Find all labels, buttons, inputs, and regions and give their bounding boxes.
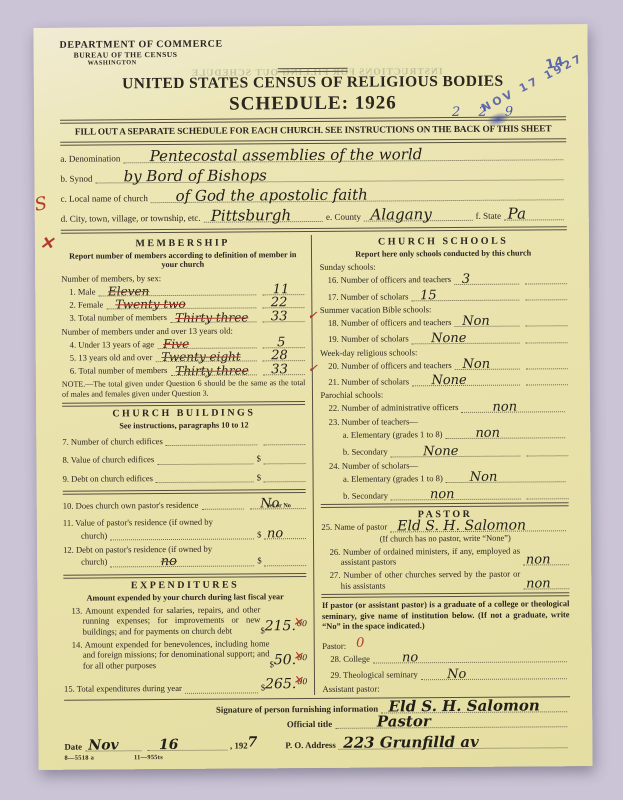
form-columns: MEMBERSHIP Report number of members acco… [61,233,570,697]
q6-label: Total number of members [78,365,167,376]
official-title-row: Official title Pastor [64,717,570,731]
membership-note: NOTE.—The total given under Question 6 s… [62,378,306,400]
q24b-label: b. Secondary [343,491,388,502]
po-address-value: 223 Grunfilld av [343,735,479,751]
q23b-row: b. Secondary None [321,445,569,457]
q15-label: 15. Total expenditures during year [64,683,182,694]
q24-row: 24. Number of scholars— [321,459,569,471]
q28-label: 28. College [330,654,370,665]
county-label: e. County [326,212,361,222]
q8-field [157,455,254,465]
q22-value: non [492,400,517,413]
q9-answer [264,473,306,482]
q29-label: 29. Theological seminary [330,670,418,681]
graduate-note: If pastor (or assistant pastor) is a gra… [322,599,570,632]
q4-number: 4. [70,339,77,349]
q28-value: no [402,652,418,665]
q13-amount: $ 215. 00✕ [260,618,307,635]
q5-field: Twenty eight [155,353,257,363]
q13-value: 215. [265,618,296,635]
date-label: Date [64,742,82,752]
q6-field: Thirty three [170,366,257,376]
q16-field: 3 [454,275,519,284]
q24b-answer [527,491,569,500]
q10-hint: Yes or No [250,502,306,510]
q12-answer [265,557,307,566]
q21-field: None [412,377,520,387]
q28-field: no [373,654,567,664]
synod-field: by Bord of Bishops [95,171,563,183]
q24b-row: b. Secondary non [321,489,569,501]
q1-number: 1. [69,286,76,296]
q12-label-1: 12. Debt on pastor's residence (if owned… [63,544,212,555]
date-month-field: Nov [85,742,141,751]
sunday-schools-group: Sunday schools: [320,261,568,273]
q9-field [156,473,254,483]
official-title-field: Pastor [335,718,567,729]
local-name-row: c. Local name of church of God the apost… [61,190,567,204]
q4-word: Five [163,338,189,350]
expenditures-subtitle: Amount expended by your church during la… [67,592,303,603]
red-margin-mark: S [33,193,48,216]
q19-field: None [412,334,520,344]
q1-word: Eleven [108,285,149,297]
q1-row: 1. Male Eleven 11 [61,285,305,297]
q12-dollar: $ [257,556,261,566]
q18-value: Non [462,315,490,328]
q17-label: 17. Number of scholars [328,291,409,302]
q16-label: 16. Number of officers and teachers [328,274,452,285]
county-field: Alagany [364,212,473,222]
q7-answer [264,437,306,446]
denomination-field: Pentecostal assemblies of the world [123,151,563,163]
q4-answer: 5 [263,339,305,348]
q24b-field: non [391,491,521,501]
q16-value: 3 [462,273,470,286]
denomination-label: a. Denomination [60,153,120,163]
membership-group-sex: Number of members, by sex: [61,272,305,284]
q15-field [185,684,258,694]
q11-label-2: church) [81,530,107,540]
city-county-state-row: d. City, town, village, or township, etc… [61,210,567,224]
q11-row-line2: church) $ no [63,529,307,541]
membership-group-age: Number of members under and over 13 year… [62,325,306,337]
q27-value: non [526,577,551,590]
right-column: CHURCH SCHOOLS Report here only schools … [311,233,570,695]
po-address-field: 223 Grunfilld av [339,739,568,750]
q22-label: 22. Number of administrative officers [329,402,459,413]
q8-row: 8. Value of church edifices $ [62,454,306,466]
q10-label: 10. Does church own pastor's residence [63,500,199,511]
q29-value: No [447,668,466,681]
assistant-pastor-group: Assistant pastor: [322,682,570,694]
q24b-value: non [430,488,455,501]
form-code-left: 8—5518 a [64,755,94,762]
q3-row: 3. Total number of members Thirty three … [61,312,305,324]
membership-title: MEMBERSHIP [61,237,305,250]
q26-answer: non [523,557,569,566]
q20-value: Non [462,358,490,371]
q14-amount: $ 50. 00✕ [270,652,308,669]
date-address-row: Date Nov 16 , 192 7 P. O. Address 223 Gr… [64,732,570,752]
q6-value: 33 [271,363,288,376]
q6-word: Thirty three [175,364,248,377]
q15-row: 15. Total expenditures during year $ 265… [64,676,308,694]
q26-value: non [526,554,551,567]
q11-label-1: 11. Value of pastor's residence (if owne… [63,517,213,528]
q12-label-2: church) [81,557,107,567]
q21-value: None [431,374,466,387]
buildings-subtitle: See instructions, paragraphs 10 to 12 [66,420,302,431]
q2-answer: 22 [263,300,305,309]
divider [63,489,306,495]
city-value: Pittsburgh [211,208,291,224]
q17-field: 15 [411,292,519,302]
q21-row: 21. Number of scholars None [320,375,568,387]
schools-subtitle: Report here only schools conducted by th… [323,248,563,259]
q2-number: 2. [69,300,76,310]
parochial-schools-group: Parochial schools: [320,389,568,401]
pastor-grad-row: Pastor: 0 [322,634,570,651]
q10-field [201,501,244,510]
schools-title: CHURCH SCHOOLS [319,235,567,248]
q1-value: 11 [273,283,290,296]
q21-label: 21. Number of scholars [328,376,409,387]
denomination-row: a. Denomination Pentecostal assemblies o… [60,150,566,164]
q3-field: Thirty three [170,313,257,323]
q25-row: 25. Name of pastor Eld S. H. Salomon [321,521,569,533]
red-x-icon: ✕ [293,615,305,631]
q13-row: 13. Amount expended for salaries, repair… [63,604,307,637]
q22-row: 22. Number of administrative officers no… [321,402,569,414]
q2-label: Female [78,300,103,310]
q6-row: 6. Total number of members Thirty three … [62,364,306,376]
q14-row: 14. Amount expended for benevolences, in… [64,638,308,671]
q24a-field: Non [446,473,566,483]
q12-field: no [110,557,254,567]
form-code-right: 11—955ts [134,754,163,761]
q3-label: Total number of members [78,312,167,323]
q23-label: 23. Number of teachers— [329,416,418,427]
q2-word: Twenty two [115,298,186,310]
divider [62,401,305,407]
q1-field: Eleven [99,287,257,297]
q20-field: Non [455,361,520,370]
date-year-digit: 7 [248,734,258,750]
expenditures-title: EXPENDITURES [63,579,307,592]
date-day-field: 16 [147,742,227,752]
q8-label: 8. Value of church edifices [62,455,154,466]
q23-row: 23. Number of teachers— [321,415,569,427]
synod-row: b. Synod by Bord of Bishops [60,170,566,184]
q7-row: 7. Number of church edifices [62,435,306,447]
signature-block: Signature of person furnishing informati… [64,696,570,762]
date-month-value: Nov [88,738,118,752]
buildings-title: CHURCH BUILDINGS [62,407,306,420]
q26-row: 26. Number of ordained ministers, if any… [322,545,570,567]
q5-word: Twenty eight [161,351,240,364]
official-title-value: Pastor [377,714,431,729]
q11-dollar: $ [257,529,261,539]
q23b-field: None [391,447,521,457]
q4-value: 5 [277,336,285,349]
q5-answer: 28 [263,352,305,361]
q4-label: Under 13 years of age [78,339,154,350]
q11-answer: no [264,530,306,539]
q24a-value: Non [470,471,498,484]
date-year-printed: , 192 [230,740,248,750]
weekday-schools-group: Week-day religious schools: [320,346,568,358]
state-value: Pa [508,207,526,222]
q4-field: Five [157,339,257,349]
q1-label: Male [78,286,96,296]
local-name-label: c. Local name of church [61,193,148,204]
po-address-label: P. O. Address [285,740,335,750]
red-x-icon: ✕ [293,649,305,665]
q23a-label: a. Elementary (grades 1 to 8) [343,429,443,440]
q27-row: 27. Number of other churches served by t… [322,569,570,591]
q23b-label: b. Secondary [343,447,388,458]
q11-field [110,530,254,540]
signature-label: Signature of person furnishing informati… [216,704,378,715]
q5-number: 5. [70,353,77,363]
q25-field: Eld S. H. Salomon [390,522,566,532]
q29-row: 29. Theological seminary No [322,669,570,681]
left-column: MEMBERSHIP Report number of members acco… [61,235,315,697]
divider [321,503,569,509]
q12-value: no [161,555,177,568]
q18-answer [525,318,567,327]
q22-field: non [461,403,565,413]
spacer [64,729,287,731]
local-name-field: of God the apostolic faith [151,191,564,203]
q18-field: Non [454,318,519,327]
divider [322,592,570,598]
summer-schools-group: Summer vacation Bible schools: [320,303,568,315]
state-field: Pa [504,211,564,220]
q2-value: 22 [271,297,288,310]
form-codes: 8—5518 a 11—955ts [64,751,570,762]
q15-value: 265. [265,676,296,693]
q19-value: None [431,332,466,345]
q27-answer: non [523,580,569,589]
q9-label: 9. Debt on church edifices [63,473,154,484]
q25-value: Eld S. H. Salomon [397,518,526,533]
q25-note: (If church has no pastor, write “None”) [321,533,569,544]
pastor-grad-value: 0 [356,635,364,651]
q8-dollar: $ [257,454,261,464]
local-name-value: of God the apostolic faith [176,188,368,204]
q8-answer [264,455,306,464]
q5-value: 28 [271,350,288,363]
county-value: Alagany [370,207,431,222]
q23b-value: None [423,445,458,458]
date-day-value: 16 [159,738,179,752]
q23a-field: non [445,429,565,439]
q3-word: Thirty three [175,311,248,324]
q17-row: 17. Number of scholars 15 [320,290,568,302]
q26-label: 26. Number of ordained ministers, if any… [322,545,521,567]
q6-number: 6. [70,366,77,376]
divider [63,573,306,579]
official-title-label: Official title [287,719,332,729]
q20-row: 20. Number of officers and teachers Non [320,359,568,371]
q3-number: 3. [69,313,76,323]
divider [61,226,567,234]
church-identity-block: a. Denomination Pentecostal assemblies o… [60,144,567,224]
q12-row-line2: church) no $ [63,555,307,567]
q23a-row: a. Elementary (grades 1 to 8) non [321,428,569,440]
q23a-value: non [475,427,500,440]
q5-row: 5. 13 years old and over Twenty eight 28 [62,351,306,363]
q10-row: 10. Does church own pastor's residence N… [63,499,307,511]
synod-label: b. Synod [60,174,92,184]
denomination-value: Pentecostal assemblies of the world [150,147,423,164]
form-header: DEPARTMENT OF COMMERCE BUREAU OF THE CEN… [59,36,566,148]
q3-answer: 33✓ [263,313,305,322]
q24-label: 24. Number of scholars— [329,460,418,471]
q19-label: 19. Number of scholars [328,334,409,345]
city-field: Pittsburgh [204,213,323,223]
q3-value: 33 [271,310,288,323]
signature-row: Signature of person furnishing informati… [64,702,570,716]
q19-answer [526,334,568,343]
q21-answer [526,377,568,386]
spacer [64,715,216,716]
q27-label: 27. Number of other churches served by t… [322,569,521,591]
q25-label: 25. Name of pastor [321,522,387,533]
q7-field [166,437,258,447]
q18-row: 18. Number of officers and teachers Non [320,316,568,328]
q13-label: 13. Amount expended for salaries, repair… [63,604,260,636]
q15-amount: $ 265. 00✕ [261,676,308,693]
q2-row: 2. Female Twenty two 22 [61,298,305,310]
q6-answer: 33✓ [263,366,305,375]
q9-row: 9. Debt on church edifices $ [63,472,307,484]
q16-row: 16. Number of officers and teachers 3 [320,274,568,286]
q19-row: 19. Number of scholars None [320,333,568,345]
membership-subtitle: Report number of members according to de… [65,250,301,270]
q14-label: 14. Amount expended for benevolences, in… [64,638,270,670]
q18-label: 18. Number of officers and teachers [328,317,452,328]
q24a-label: a. Elementary (grades 1 to 8) [343,473,443,484]
census-form-paper: INSTRUCTIONS FOR FILLING OUT SCHEDULE NO… [33,24,592,770]
q24a-row: a. Elementary (grades 1 to 8) Non [321,472,569,484]
q7-label: 7. Number of church edifices [62,436,163,447]
city-label: d. City, town, village, or township, etc… [61,213,201,224]
pastor-grad-label: Pastor: [322,641,346,651]
q11-value: no [267,527,283,540]
red-x-mark: ✕ [38,233,58,254]
q17-value: 15 [420,289,437,302]
q23b-answer [526,447,568,456]
q16-answer [525,275,567,284]
q17-answer [525,291,567,300]
q4-row: 4. Under 13 years of age Five 5 [62,338,306,350]
q10-answer: No Yes or No [250,500,306,509]
q2-field: Twenty two [106,300,257,310]
q12-row-line1: 12. Debt on pastor's residence (if owned… [63,543,307,555]
synod-value: by Bord of Bishops [123,168,266,184]
q1-answer: 11 [263,286,305,295]
q5-label: 13 years old and over [78,352,152,363]
q28-row: 28. College no [322,652,570,664]
q20-answer [526,360,568,369]
state-label: f. State [476,211,502,221]
q9-dollar: $ [257,472,261,482]
q29-field: No [421,670,567,680]
q20-label: 20. Number of officers and teachers [328,360,452,371]
